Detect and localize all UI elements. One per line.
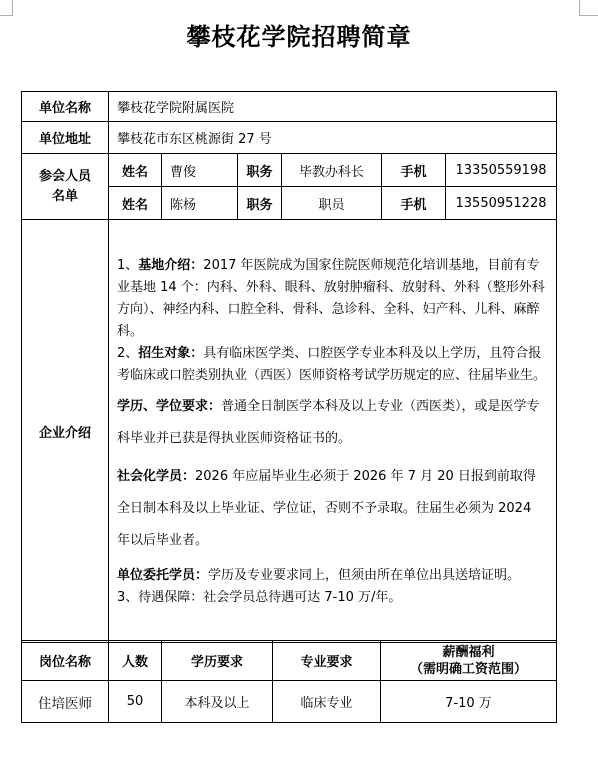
attendees-label-line1: 参会人员	[39, 169, 91, 184]
target-heading: 招生对象：	[138, 346, 203, 361]
base-intro-paragraph: 1、基地介绍：2017 年医院成为国家住院医师规范化培训基地，目前有专业基地 1…	[117, 255, 548, 343]
position-major: 临床专业	[273, 681, 381, 723]
degree-paragraph: 学历、学位要求：普通全日制医学本科及以上专业（西医类），或是医学专科毕业并已获是…	[117, 391, 548, 455]
unit-address-value: 攀枝花市东区桃源街 27 号	[109, 122, 557, 154]
unit-name-label: 单位名称	[22, 92, 109, 122]
unit-name-value: 攀枝花学院附属医院	[109, 92, 557, 122]
intro-content: 1、基地介绍：2017 年医院成为国家住院医师规范化培训基地，目前有专业基地 1…	[109, 220, 557, 643]
attendee-phone-label: 手机	[382, 187, 446, 220]
page-title: 攀枝花学院招聘简章	[0, 17, 598, 52]
positions-table: 岗位名称 人数 学历要求 专业要求 薪酬福利 （需明确工资范围） 住培医师 50…	[21, 640, 557, 723]
position-row: 住培医师 50 本科及以上 临床专业 7-10 万	[22, 681, 557, 723]
degree-heading: 学历、学位要求：	[117, 399, 221, 414]
attendee-name: 陈杨	[162, 187, 238, 220]
entrusted-text: 学历及专业要求同上，但须由所在单位出具送培证明。	[208, 568, 520, 583]
positions-header-row: 岗位名称 人数 学历要求 专业要求 薪酬福利 （需明确工资范围）	[22, 641, 557, 681]
attendee-name-label: 姓名	[109, 154, 162, 187]
attendee-name: 曹俊	[162, 154, 238, 187]
page-corner-mark-left	[0, 0, 13, 16]
header-salary: 薪酬福利 （需明确工资范围）	[381, 641, 557, 681]
position-salary: 7-10 万	[381, 681, 557, 723]
attendee-phone-label: 手机	[382, 154, 446, 187]
attendee-phone: 13350559198	[446, 154, 557, 187]
header-salary-line2: （需明确工资范围）	[410, 662, 527, 677]
intro-row: 企业介绍 1、基地介绍：2017 年医院成为国家住院医师规范化培训基地，目前有专…	[22, 220, 557, 643]
header-count: 人数	[109, 641, 162, 681]
unit-address-label: 单位地址	[22, 122, 109, 154]
base-prefix: 1、	[117, 258, 138, 273]
recruitment-table: 单位名称 攀枝花学院附属医院 单位地址 攀枝花市东区桃源街 27 号 参会人员 …	[21, 91, 557, 643]
page-corner-mark-right	[579, 0, 598, 16]
position-education: 本科及以上	[162, 681, 273, 723]
target-prefix: 2、	[117, 346, 138, 361]
benefits-paragraph: 3、待遇保障：社会学员总待遇可达 7-10 万/年。	[117, 587, 548, 609]
unit-address-row: 单位地址 攀枝花市东区桃源街 27 号	[22, 122, 557, 154]
attendee-name-label: 姓名	[109, 187, 162, 220]
attendees-label: 参会人员 名单	[22, 154, 109, 220]
social-heading: 社会化学员：	[117, 469, 195, 484]
header-major: 专业要求	[273, 641, 381, 681]
position-title: 住培医师	[22, 681, 109, 723]
attendee-row: 参会人员 名单 姓名 曹俊 职务 毕教办科长 手机 13350559198	[22, 154, 557, 187]
target-paragraph: 2、招生对象：具有临床医学类、口腔医学专业本科及以上学历，且符合报考临床或口腔类…	[117, 343, 548, 387]
attendee-position-label: 职务	[238, 154, 282, 187]
attendee-position-label: 职务	[238, 187, 282, 220]
entrusted-paragraph: 单位委托学员：学历及专业要求同上，但须由所在单位出具送培证明。	[117, 565, 548, 587]
attendee-position: 职员	[282, 187, 382, 220]
entrusted-heading: 单位委托学员：	[117, 568, 208, 583]
header-education: 学历要求	[162, 641, 273, 681]
unit-name-row: 单位名称 攀枝花学院附属医院	[22, 92, 557, 122]
header-salary-line1: 薪酬福利	[442, 645, 494, 660]
header-position-title: 岗位名称	[22, 641, 109, 681]
base-heading: 基地介绍：	[138, 258, 203, 273]
position-count: 50	[109, 681, 162, 723]
attendee-position: 毕教办科长	[282, 154, 382, 187]
social-paragraph: 社会化学员：2026 年应届毕业生必须于 2026 年 7 月 20 日报到前取…	[117, 461, 548, 557]
attendee-phone: 13550951228	[446, 187, 557, 220]
attendees-label-line2: 名单	[52, 189, 78, 204]
intro-label: 企业介绍	[22, 220, 109, 643]
